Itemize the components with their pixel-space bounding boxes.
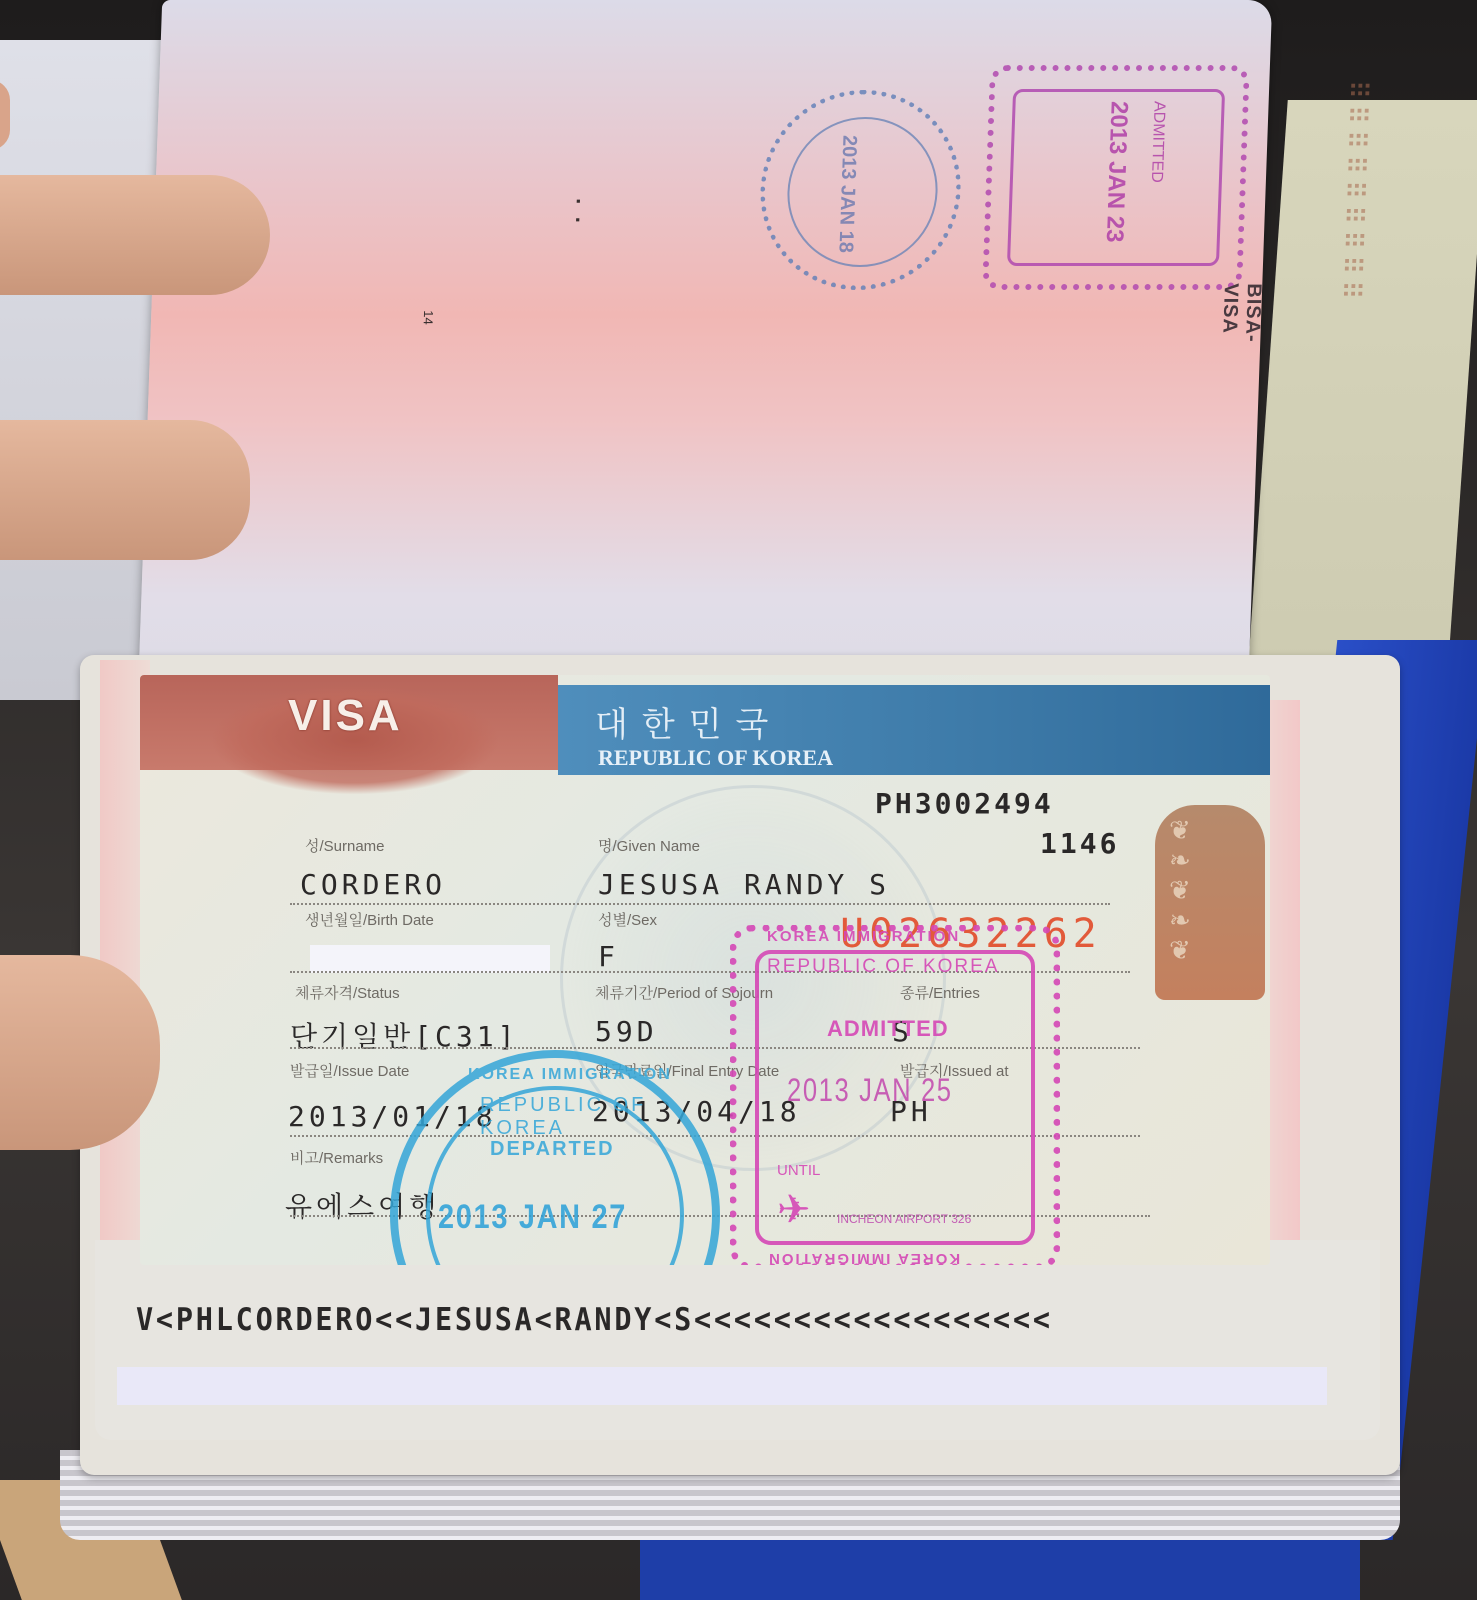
mrz-line-1: V<PHLCORDERO<<JESUSA<RANDY<S<<<<<<<<<<<<… [136, 1302, 1053, 1338]
stamp-ring-text: KOREA IMMIGRATION [767, 928, 960, 945]
airplane-icon: ✈ [777, 1187, 811, 1233]
surname-label: 성/Surname [305, 835, 385, 856]
stamp-ring-text: KOREA IMMIGRATION [468, 1066, 672, 1084]
period-value: 59D [595, 1015, 658, 1048]
passport-number: PH3002494 [875, 787, 1054, 820]
stamp-status: ADMITTED [827, 1016, 949, 1042]
birth-date-redaction [310, 945, 550, 973]
issue-date-label: 발급일/Issue Date [290, 1060, 409, 1081]
page-marks: ▪▪ [570, 199, 586, 236]
stamp-date: 2013 JAN 23 [1100, 101, 1133, 242]
visa-title: VISA [288, 691, 403, 741]
stamp-until: UNTIL [777, 1162, 820, 1179]
departed-stamp: KOREA IMMIGRATION REPUBLIC OF KOREA DEPA… [390, 1050, 720, 1265]
square-admitted-stamp: 2013 JAN 23 ADMITTED [982, 65, 1250, 290]
remarks-label: 비고/Remarks [290, 1147, 383, 1168]
field-rule [290, 903, 1110, 905]
control-number: 1146 [1040, 827, 1119, 860]
thumb [0, 955, 160, 1150]
stamp-status: ADMITTED [1147, 101, 1168, 183]
mrz-line-2-redaction [117, 1367, 1327, 1405]
stamp-date: 2013 JAN 25 [787, 1072, 953, 1109]
passport-top-page: 14 ▪▪ 2013 JAN 18 2013 JAN 23 ADMITTED B… [138, 0, 1272, 700]
finger-index [0, 175, 270, 295]
stamp-date: 2013 JAN 27 [438, 1198, 627, 1237]
stamp-airport: INCHEON AIRPORT 326 [837, 1212, 971, 1226]
sex-value: F [598, 940, 619, 973]
stamp-inner-ring [785, 117, 940, 267]
country-name-english: REPUBLIC OF KOREA [598, 745, 833, 771]
given-name-label: 명/Given Name [598, 835, 700, 856]
korea-visa-sticker: VISA 대한민국 REPUBLIC OF KOREA PH3002494 11… [140, 675, 1270, 1265]
finger-middle [0, 420, 250, 560]
stamp-country: REPUBLIC OF KOREA [767, 956, 1000, 978]
stamp-ring-text-bottom: KOREA IMMIGRATION [767, 1250, 960, 1265]
stamp-date: 2013 JAN 18 [833, 135, 860, 253]
page-number: 14 [421, 310, 437, 324]
stamp-status: DEPARTED [490, 1138, 615, 1161]
status-label: 체류자격/Status [295, 982, 400, 1003]
stamp-country: REPUBLIC OF KOREA [480, 1094, 712, 1140]
sex-label: 성별/Sex [598, 909, 657, 930]
admitted-stamp: KOREA IMMIGRATION REPUBLIC OF KOREA ADMI… [730, 925, 1060, 1265]
given-name-value: JESUSA RANDY S [598, 868, 890, 901]
birth-date-label: 생년월일/Birth Date [305, 909, 434, 930]
status-value: 단기일반[C31] [290, 1015, 518, 1055]
surname-value: CORDERO [300, 868, 446, 901]
round-entry-stamp: 2013 JAN 18 [757, 90, 964, 290]
mrz-area [95, 1240, 1380, 1440]
bisa-visa-label: BISA-VISA [1217, 283, 1265, 342]
ornamental-pattern-icon: ❦❧❦❧❦ [1155, 805, 1265, 1000]
country-name-hangul: 대한민국 [595, 697, 782, 746]
